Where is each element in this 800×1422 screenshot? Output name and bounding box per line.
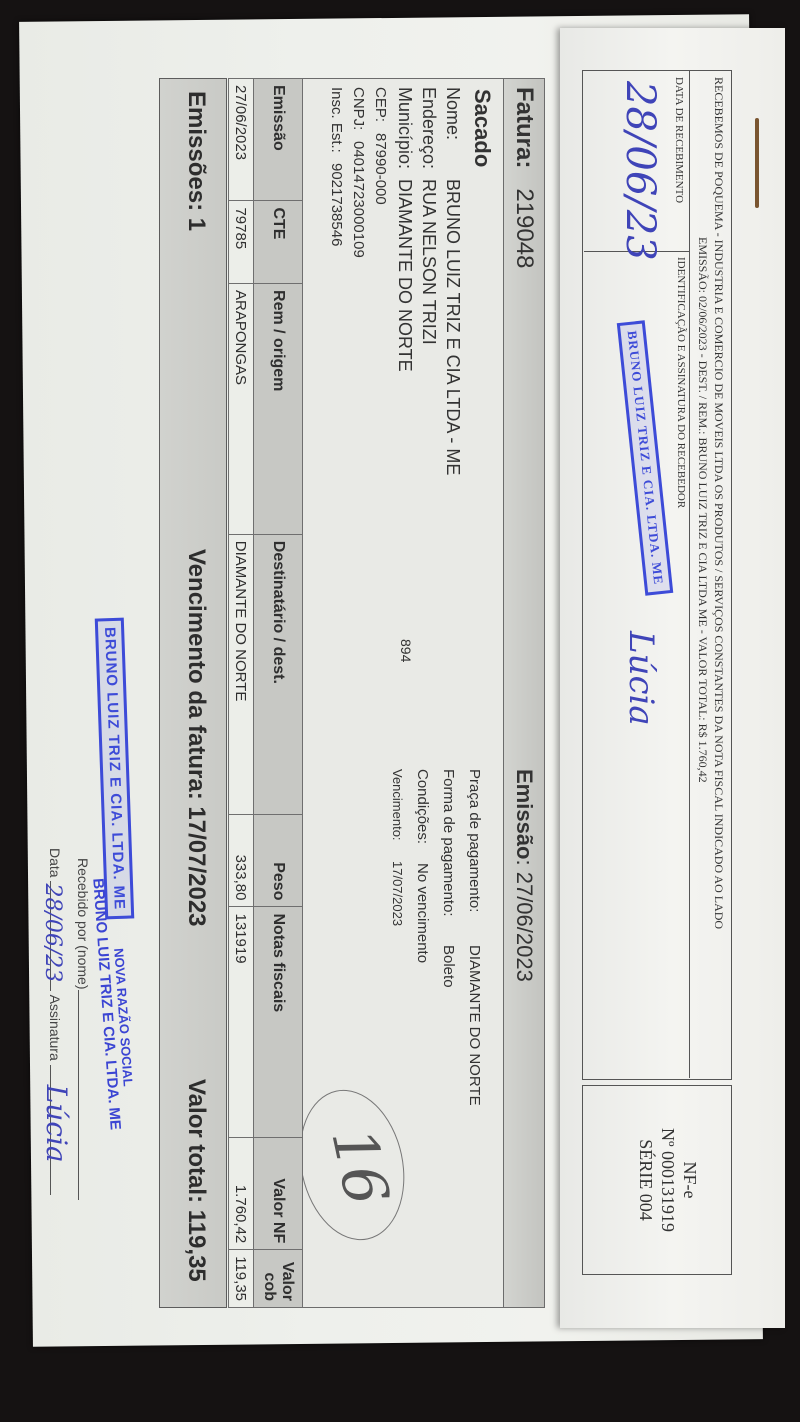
col-destinatario: Destinatário / dest. bbox=[254, 534, 303, 814]
emissao-field: Emissão: 27/06/2023 bbox=[511, 769, 537, 982]
sacado-title: Sacado bbox=[469, 89, 495, 167]
condicoes-value: No vencimento bbox=[414, 863, 431, 963]
forma-row: Forma de pagamento:Boleto bbox=[440, 769, 457, 988]
municipio-label: Município: bbox=[394, 87, 415, 179]
company-stamp: BRUNO LUIZ TRIZ E CIA. LTDA. ME bbox=[617, 320, 673, 595]
nfe-series: SÉRIE 004 bbox=[635, 1086, 657, 1274]
nome-row: Nome:BRUNO LUIZ TRIZ E CIA LTDA - ME bbox=[442, 87, 463, 475]
recebido-por-field: Recebido por (nome) bbox=[75, 858, 91, 1200]
fatura-number: 219048 bbox=[510, 188, 538, 268]
assinatura-label: Assinatura bbox=[47, 995, 63, 1061]
table-row: 27/06/2023 79785 ARAPONGAS DIAMANTE DO N… bbox=[229, 79, 254, 1308]
receiver-signature: Lúcia bbox=[621, 631, 661, 726]
col-peso: Peso bbox=[254, 815, 303, 907]
nome-value: BRUNO LUIZ TRIZ E CIA LTDA - ME bbox=[443, 179, 463, 475]
cell-peso: 333,80 bbox=[229, 815, 254, 907]
col-valor-cob: Valor cob bbox=[254, 1250, 303, 1308]
forma-label: Forma de pagamento: bbox=[440, 769, 457, 945]
praca-label: Praça de pagamento: bbox=[466, 769, 483, 945]
vencimento-value: 17/07/2023 bbox=[390, 861, 405, 926]
cell-notas-fiscais: 131919 bbox=[229, 907, 254, 1137]
emissao-value: : 27/06/2023 bbox=[512, 860, 537, 982]
endereco-numero: 894 bbox=[398, 639, 414, 662]
stub-box: RECEBEMOS DE POQUEMA - INDUSTRIA E COMER… bbox=[582, 70, 732, 1080]
cep-label: CEP: bbox=[372, 87, 389, 133]
nfe-receipt-stub: RECEBEMOS DE POQUEMA - INDUSTRIA E COMER… bbox=[580, 70, 740, 1280]
cell-rem-origem: ARAPONGAS bbox=[229, 284, 254, 535]
forma-value: Boleto bbox=[440, 945, 457, 988]
totals-bar: Emissões: 1 Vencimento da fatura: 17/07/… bbox=[159, 78, 227, 1308]
invoice-header-bar: Fatura: 219048 Emissão: 27/06/2023 bbox=[503, 78, 545, 1308]
nome-label: Nome: bbox=[442, 87, 463, 179]
cell-emissao: 27/06/2023 bbox=[229, 79, 254, 201]
invoice: Fatura: 219048 Emissão: 27/06/2023 Sacad… bbox=[30, 78, 545, 1308]
recebido-por-line bbox=[78, 990, 79, 1200]
recebido-por-label: Recebido por (nome) bbox=[75, 858, 91, 990]
valor-total: Valor total: 119,35 bbox=[182, 1079, 210, 1282]
receipt-company-stamp: BRUNO LUIZ TRIZ E CIA. LTDA. ME bbox=[95, 618, 134, 920]
cnpj-row: CNPJ:04014723000109 bbox=[350, 87, 367, 258]
receipt-date-handwritten: 28/06/23 bbox=[617, 81, 663, 261]
cep-row: CEP:87990-000 bbox=[372, 87, 389, 205]
data-label: Data bbox=[47, 848, 63, 878]
condicoes-label: Condições: bbox=[414, 769, 431, 863]
endereco-value: RUA NELSON TRIZI bbox=[419, 179, 439, 345]
fatura-label: Fatura: bbox=[510, 87, 538, 168]
receiver-ident-label: IDENTIFICAÇÃO E ASSINATURA DO RECEBEDOR bbox=[675, 257, 687, 508]
stub-header: RECEBEMOS DE POQUEMA - INDUSTRIA E COMER… bbox=[689, 71, 731, 1078]
inscricao-label: Insc. Est.: bbox=[328, 87, 345, 163]
cnpj-value: 04014723000109 bbox=[350, 141, 367, 258]
praca-row: Praça de pagamento:DIAMANTE DO NORTE bbox=[466, 769, 483, 1106]
col-notas-fiscais: Notas fiscais bbox=[254, 907, 303, 1137]
col-cte: CTE bbox=[254, 201, 303, 284]
stub-header-line2: EMISSÃO: 02/06/2023 - DEST. / REM.: BRUN… bbox=[695, 77, 711, 1072]
emissao-label: Emissão bbox=[512, 769, 537, 860]
stub-header-line1: RECEBEMOS DE POQUEMA - INDUSTRIA E COMER… bbox=[711, 77, 727, 1072]
praca-value: DIAMANTE DO NORTE bbox=[466, 945, 483, 1106]
emissoes-count: Emissões: 1 bbox=[182, 91, 210, 231]
receipt-date-box: DATA DE RECEBIMENTO 28/06/23 bbox=[584, 71, 689, 252]
handwritten-number: 16 bbox=[317, 1122, 401, 1211]
data-assinatura-field: Data 28/06/23 Assinatura Lúcia bbox=[47, 848, 63, 1195]
cnpj-label: CNPJ: bbox=[350, 87, 367, 141]
cell-destinatario: DIAMANTE DO NORTE bbox=[229, 534, 254, 814]
cte-table: Emissão CTE Rem / origem Destinatário / … bbox=[228, 78, 303, 1308]
sacado-section: Sacado Nome:BRUNO LUIZ TRIZ E CIA LTDA -… bbox=[303, 78, 503, 1308]
inscricao-row: Insc. Est.:9021738546 bbox=[328, 87, 345, 246]
receipt-date-label: DATA DE RECEBIMENTO bbox=[669, 71, 689, 251]
cell-valor-cob: 119,35 bbox=[229, 1250, 254, 1308]
condicoes-row: Condições:No vencimento bbox=[414, 769, 431, 963]
pen-mark bbox=[755, 118, 759, 208]
cte-table-header: Emissão CTE Rem / origem Destinatário / … bbox=[254, 79, 303, 1308]
vencimento-row: Vencimento:17/07/2023 bbox=[390, 769, 405, 926]
col-emissao: Emissão bbox=[254, 79, 303, 201]
assinatura-handwritten: Lúcia bbox=[40, 1085, 73, 1163]
data-handwritten: 28/06/23 bbox=[40, 883, 65, 982]
cell-valor-nf: 1.760,42 bbox=[229, 1137, 254, 1249]
col-rem-origem: Rem / origem bbox=[254, 284, 303, 535]
data-line: 28/06/23 bbox=[50, 881, 51, 991]
endereco-row: Endereço:RUA NELSON TRIZI bbox=[418, 87, 439, 345]
nfe-box: NF-e Nº 000131919 SÉRIE 004 bbox=[582, 1085, 732, 1275]
cep-value: 87990-000 bbox=[372, 133, 389, 205]
nfe-label: NF-e bbox=[679, 1086, 701, 1274]
cell-cte: 79785 bbox=[229, 201, 254, 284]
vencimento-fatura: Vencimento da fatura: 17/07/2023 bbox=[182, 549, 210, 927]
assinatura-line: Lúcia bbox=[50, 1065, 51, 1195]
col-valor-nf: Valor NF bbox=[254, 1137, 303, 1249]
endereco-label: Endereço: bbox=[418, 87, 439, 179]
municipio-row: Município:DIAMANTE DO NORTE bbox=[394, 87, 415, 372]
nfe-number: Nº 000131919 bbox=[657, 1086, 679, 1274]
inscricao-value: 9021738546 bbox=[328, 163, 345, 246]
handwritten-circle-mark: 16 bbox=[286, 1080, 417, 1250]
municipio-value: DIAMANTE DO NORTE bbox=[395, 179, 415, 372]
receipt-area: BRUNO LUIZ TRIZ E CIA. LTDA. ME NOVA RAZ… bbox=[30, 78, 159, 1308]
vencimento-label: Vencimento: bbox=[390, 769, 405, 861]
